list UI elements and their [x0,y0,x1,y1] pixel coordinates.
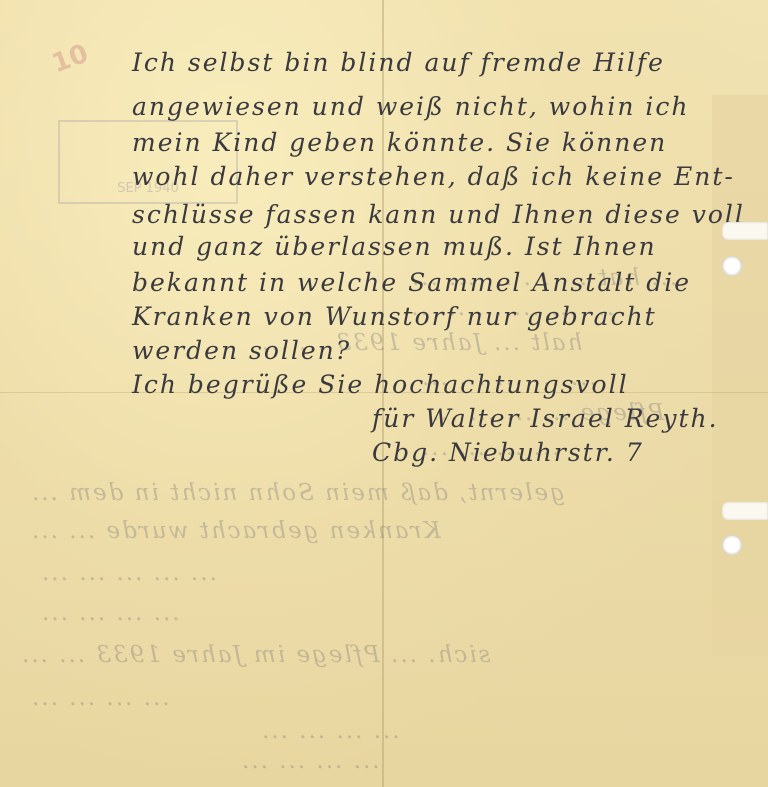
body-line: und ganz überlassen muß. Ist Ihnen [132,232,657,261]
signature: für Walter Israel Reyth. [372,404,719,433]
body-line: Kranken von Wunstorf nur gebracht [132,302,657,331]
closing-line: Ich begrüße Sie hochachtungsvoll [132,370,629,399]
body-line: werden sollen? [132,336,351,365]
letter-body: Ich selbst bin blind auf fremde Hilfe an… [0,0,768,787]
paper-tear [722,222,768,240]
body-line: mein Kind geben könnte. Sie können [132,128,667,157]
letter-page: 10 SEP 1940 ... hat ... ... ... ... ... … [0,0,768,787]
paper-tear [722,502,768,520]
sender-address: Cbg. Niebuhrstr. 7 [372,438,644,467]
body-line: angewiesen und weiß nicht, wohin ich [132,92,690,121]
body-line: Ich selbst bin blind auf fremde Hilfe [132,48,665,77]
body-line: bekannt in welche Sammel Anstalt die [132,268,691,297]
punch-hole [722,256,742,276]
body-line: wohl daher verstehen, daß ich keine Ent- [132,162,735,191]
punch-hole [722,535,742,555]
body-line: schlüsse fassen kann und Ihnen diese vol… [132,200,745,229]
